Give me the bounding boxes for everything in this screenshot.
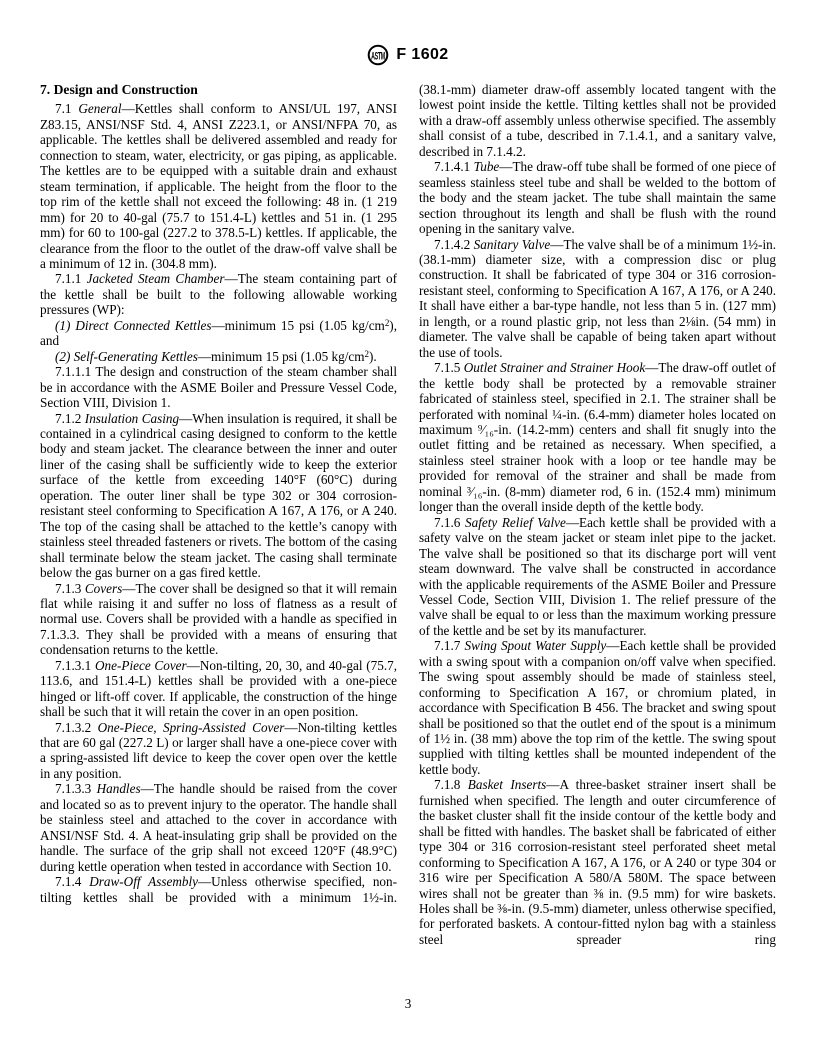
document-header: ASTM F 1602: [0, 44, 816, 66]
text-run: Outlet Strainer and Strainer Hook: [464, 360, 645, 375]
left-column: 7. Design and Construction7.1 General—Ke…: [40, 82, 397, 947]
paragraph: (38.1-mm) diameter draw-off assembly loc…: [419, 82, 776, 159]
text-run: 7.1.8: [434, 777, 468, 792]
document-body: 7. Design and Construction7.1 General—Ke…: [40, 82, 776, 947]
text-run: 7.1.4.1: [434, 159, 474, 174]
text-run: 7.1.2: [55, 411, 85, 426]
text-run: 7.1.3.1: [55, 658, 95, 673]
text-run: 2: [365, 349, 369, 359]
paragraph: 7.1.8 Basket Inserts—A three-basket stra…: [419, 777, 776, 947]
paragraph: 7.1.1.1 The design and construction of t…: [40, 364, 397, 410]
document-footer: 3: [0, 996, 816, 1012]
text-run: 7.1.3.3: [55, 781, 97, 796]
text-run: —Kettles shall conform to ANSI/UL 197, A…: [40, 101, 397, 271]
paragraph: 7.1.3 Covers—The cover shall be designed…: [40, 581, 397, 658]
text-run: —The draw-off outlet of the kettle body …: [419, 360, 776, 514]
text-run: Basket Inserts: [468, 777, 546, 792]
text-run: Handles: [97, 781, 141, 796]
paragraph: 7.1.5 Outlet Strainer and Strainer Hook—…: [419, 360, 776, 515]
text-run: 7.1.3.2: [55, 720, 98, 735]
document-number: F 1602: [396, 46, 448, 64]
text-run: 7.1.1: [55, 271, 87, 286]
text-run: Sanitary Valve: [474, 237, 551, 252]
text-run: 7.1.5: [434, 360, 464, 375]
text-run: Swing Spout Water Supply: [465, 638, 607, 653]
text-run: 7. Design and Construction: [40, 82, 198, 97]
paragraph: (1) Direct Connected Kettles—minimum 15 …: [40, 318, 397, 349]
text-run: —A three-basket strainer insert shall be…: [419, 777, 776, 947]
paragraph: 7.1.3.1 One-Piece Cover—Non-tilting, 20,…: [40, 658, 397, 720]
astm-logo-text: ASTM: [372, 49, 386, 62]
section-heading: 7. Design and Construction: [40, 82, 397, 97]
text-run: 7.1: [55, 101, 78, 116]
paragraph: 7.1.3.3 Handles—The handle should be rai…: [40, 781, 397, 874]
text-run: (2) Self-Generating Kettles: [55, 349, 198, 364]
text-run: (1) Direct Connected Kettles: [55, 318, 211, 333]
text-run: Jacketed Steam Chamber: [87, 271, 225, 286]
text-run: 7.1.4: [55, 874, 89, 889]
paragraph: 7.1.4 Draw-Off Assembly—Unless otherwise…: [40, 874, 397, 905]
text-run: One-Piece, Spring-Assisted Cover: [98, 720, 285, 735]
text-run: 7.1.3: [55, 581, 85, 596]
text-run: —When insulation is required, it shall b…: [40, 411, 397, 581]
paragraph: 7.1.6 Safety Relief Valve—Each kettle sh…: [419, 515, 776, 639]
text-run: —minimum 15 psi (1.05 kg/cm: [211, 318, 384, 333]
paragraph: 7.1.2 Insulation Casing—When insulation …: [40, 411, 397, 581]
document-page: ASTM F 1602 7. Design and Construction7.…: [0, 0, 816, 1056]
text-run: —Each kettle shall be provided with a sa…: [419, 515, 776, 638]
text-run: General: [78, 101, 121, 116]
text-run: —Each kettle shall be provided with a sw…: [419, 638, 776, 777]
text-run: (38.1-mm) diameter draw-off assembly loc…: [419, 82, 776, 159]
text-run: Insulation Casing: [85, 411, 179, 426]
paragraph: 7.1.4.1 Tube—The draw-off tube shall be …: [419, 159, 776, 236]
text-run: 7.1.1.1 The design and construction of t…: [40, 364, 397, 410]
paragraph: 7.1.3.2 One-Piece, Spring-Assisted Cover…: [40, 720, 397, 782]
text-run: Safety Relief Valve: [465, 515, 566, 530]
text-run: —The valve shall be of a minimum 1½-in. …: [419, 237, 776, 360]
paragraph: 7.1.7 Swing Spout Water Supply—Each kett…: [419, 638, 776, 777]
paragraph: 7.1.4.2 Sanitary Valve—The valve shall b…: [419, 237, 776, 361]
text-run: Covers: [85, 581, 122, 596]
right-column: (38.1-mm) diameter draw-off assembly loc…: [419, 82, 776, 947]
paragraph: 7.1 General—Kettles shall conform to ANS…: [40, 101, 397, 271]
text-run: Draw-Off Assembly: [89, 874, 198, 889]
paragraph: 7.1.1 Jacketed Steam Chamber—The steam c…: [40, 271, 397, 317]
text-run: One-Piece Cover: [95, 658, 187, 673]
astm-logo-icon: ASTM: [367, 44, 389, 66]
text-run: Tube: [474, 159, 500, 174]
text-run: 7.1.4.2: [434, 237, 474, 252]
paragraph: (2) Self-Generating Kettles—minimum 15 p…: [40, 349, 397, 364]
text-run: 7.1.6: [434, 515, 465, 530]
text-run: 2: [385, 318, 389, 328]
text-run: —minimum 15 psi (1.05 kg/cm: [198, 349, 365, 364]
page-number: 3: [405, 996, 412, 1011]
text-run: 7.1.7: [434, 638, 465, 653]
text-run: ).: [369, 349, 377, 364]
